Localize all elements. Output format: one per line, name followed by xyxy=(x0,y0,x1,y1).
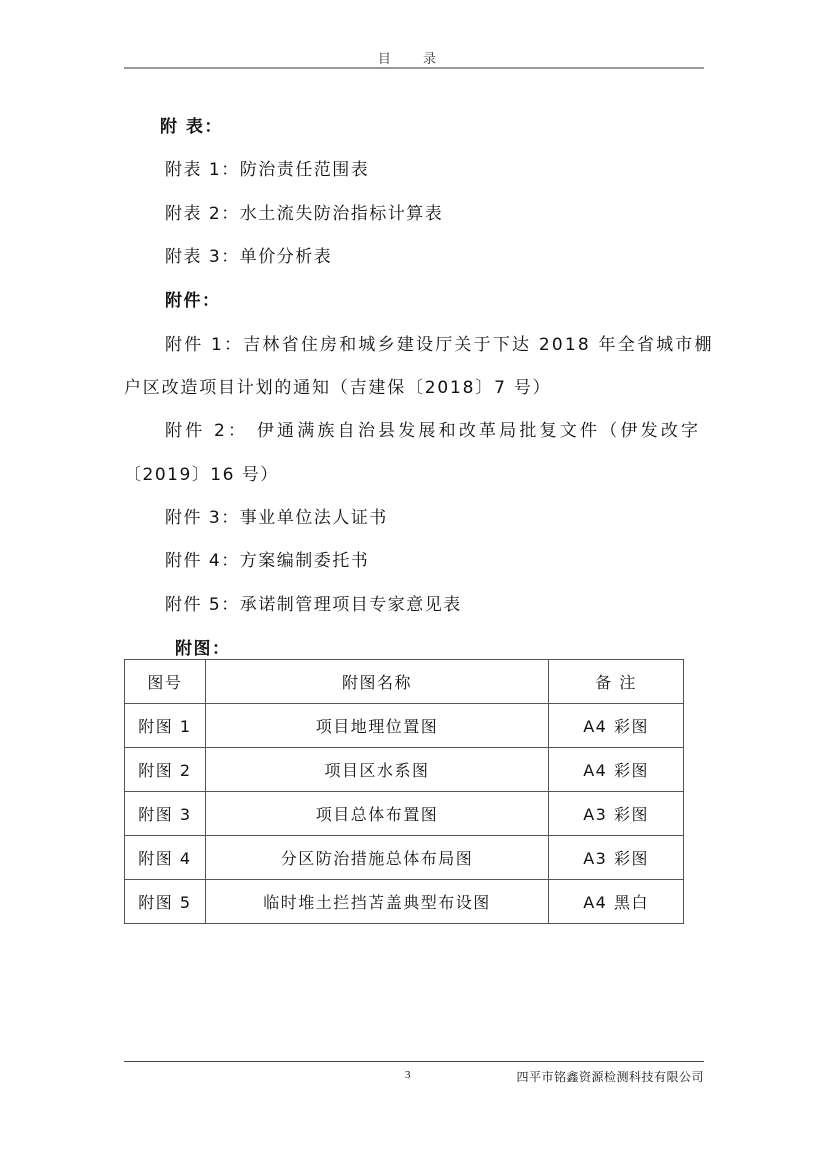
attached-tables-heading: 附 表： xyxy=(160,112,223,137)
figure-name: 项目总体布置图 xyxy=(205,792,548,836)
figures-heading: 附图： xyxy=(175,634,231,659)
attachment-item-1-line-2: 户区改造项目计划的通知（吉建保〔2018〕7 号） xyxy=(124,373,551,398)
attached-table-item: 附表 2：水土流失防治指标计算表 xyxy=(165,199,443,224)
column-header-figure-no: 图号 xyxy=(125,660,206,704)
attachment-item-2-line-2: 〔2019〕16 号） xyxy=(124,460,279,485)
company-name: 四平市铭鑫资源检测科技有限公司 xyxy=(504,1068,704,1085)
page-number: 3 xyxy=(405,1069,411,1081)
figure-no: 附图 5 xyxy=(125,880,206,924)
attachment-item: 附件 4：方案编制委托书 xyxy=(165,546,369,571)
figure-note: A4 彩图 xyxy=(549,748,684,792)
table-row: 附图 4 分区防治措施总体布局图 A3 彩图 xyxy=(125,836,684,880)
figure-name: 项目区水系图 xyxy=(205,748,548,792)
figure-no: 附图 4 xyxy=(125,836,206,880)
table-row: 附图 1 项目地理位置图 A4 彩图 xyxy=(125,704,684,748)
figure-note: A4 黑白 xyxy=(549,880,684,924)
attached-table-item: 附表 1：防治责任范围表 xyxy=(165,155,369,180)
page-header-title: 目 录 xyxy=(124,48,704,67)
attachments-heading: 附件： xyxy=(165,286,221,311)
attached-table-item: 附表 3：单价分析表 xyxy=(165,242,332,267)
table-row: 附图 2 项目区水系图 A4 彩图 xyxy=(125,748,684,792)
attachment-item: 附件 5：承诺制管理项目专家意见表 xyxy=(165,590,462,615)
table-header-row: 图号 附图名称 备 注 xyxy=(125,660,684,704)
figure-name: 分区防治措施总体布局图 xyxy=(205,836,548,880)
attachment-item-2-line-1: 附件 2： 伊通满族自治县发展和改革局批复文件（伊发改字 xyxy=(165,416,701,441)
column-header-figure-name: 附图名称 xyxy=(205,660,548,704)
table-row: 附图 5 临时堆土拦挡苫盖典型布设图 A4 黑白 xyxy=(125,880,684,924)
column-header-note: 备 注 xyxy=(549,660,684,704)
figure-note: A3 彩图 xyxy=(549,836,684,880)
header-divider xyxy=(124,67,704,69)
figure-no: 附图 2 xyxy=(125,748,206,792)
attachment-item-1-line-1: 附件 1：吉林省住房和城乡建设厅关于下达 2018 年全省城市棚 xyxy=(165,330,714,355)
footer-divider xyxy=(124,1061,704,1062)
attachment-item: 附件 3：事业单位法人证书 xyxy=(165,503,388,528)
figure-name: 临时堆土拦挡苫盖典型布设图 xyxy=(205,880,548,924)
figure-name: 项目地理位置图 xyxy=(205,704,548,748)
figure-no: 附图 3 xyxy=(125,792,206,836)
figure-no: 附图 1 xyxy=(125,704,206,748)
figure-note: A3 彩图 xyxy=(549,792,684,836)
figures-table: 图号 附图名称 备 注 附图 1 项目地理位置图 A4 彩图 附图 2 项目区水… xyxy=(124,659,684,924)
figure-note: A4 彩图 xyxy=(549,704,684,748)
table-row: 附图 3 项目总体布置图 A3 彩图 xyxy=(125,792,684,836)
